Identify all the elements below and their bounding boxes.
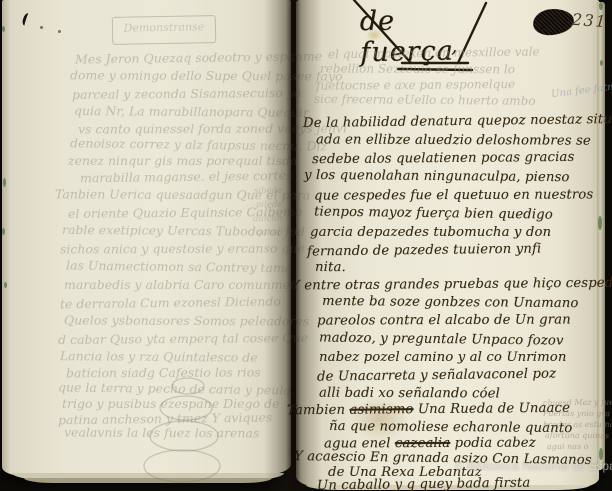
gutter-note-line: sibede <box>254 186 282 196</box>
gutter-notes: sibedepilededulchnquend <box>0 0 612 491</box>
gutter-note-line: dulchn <box>253 214 282 224</box>
gutter-note-line: pilede <box>256 200 282 210</box>
gutter-note-line: quend <box>256 228 283 238</box>
copyright-watermark: © Biblioteca Nacional de España <box>455 461 612 473</box>
manuscript-photo: Demonstranse de fuerça ‚ 231 Una fee fat… <box>0 0 612 491</box>
